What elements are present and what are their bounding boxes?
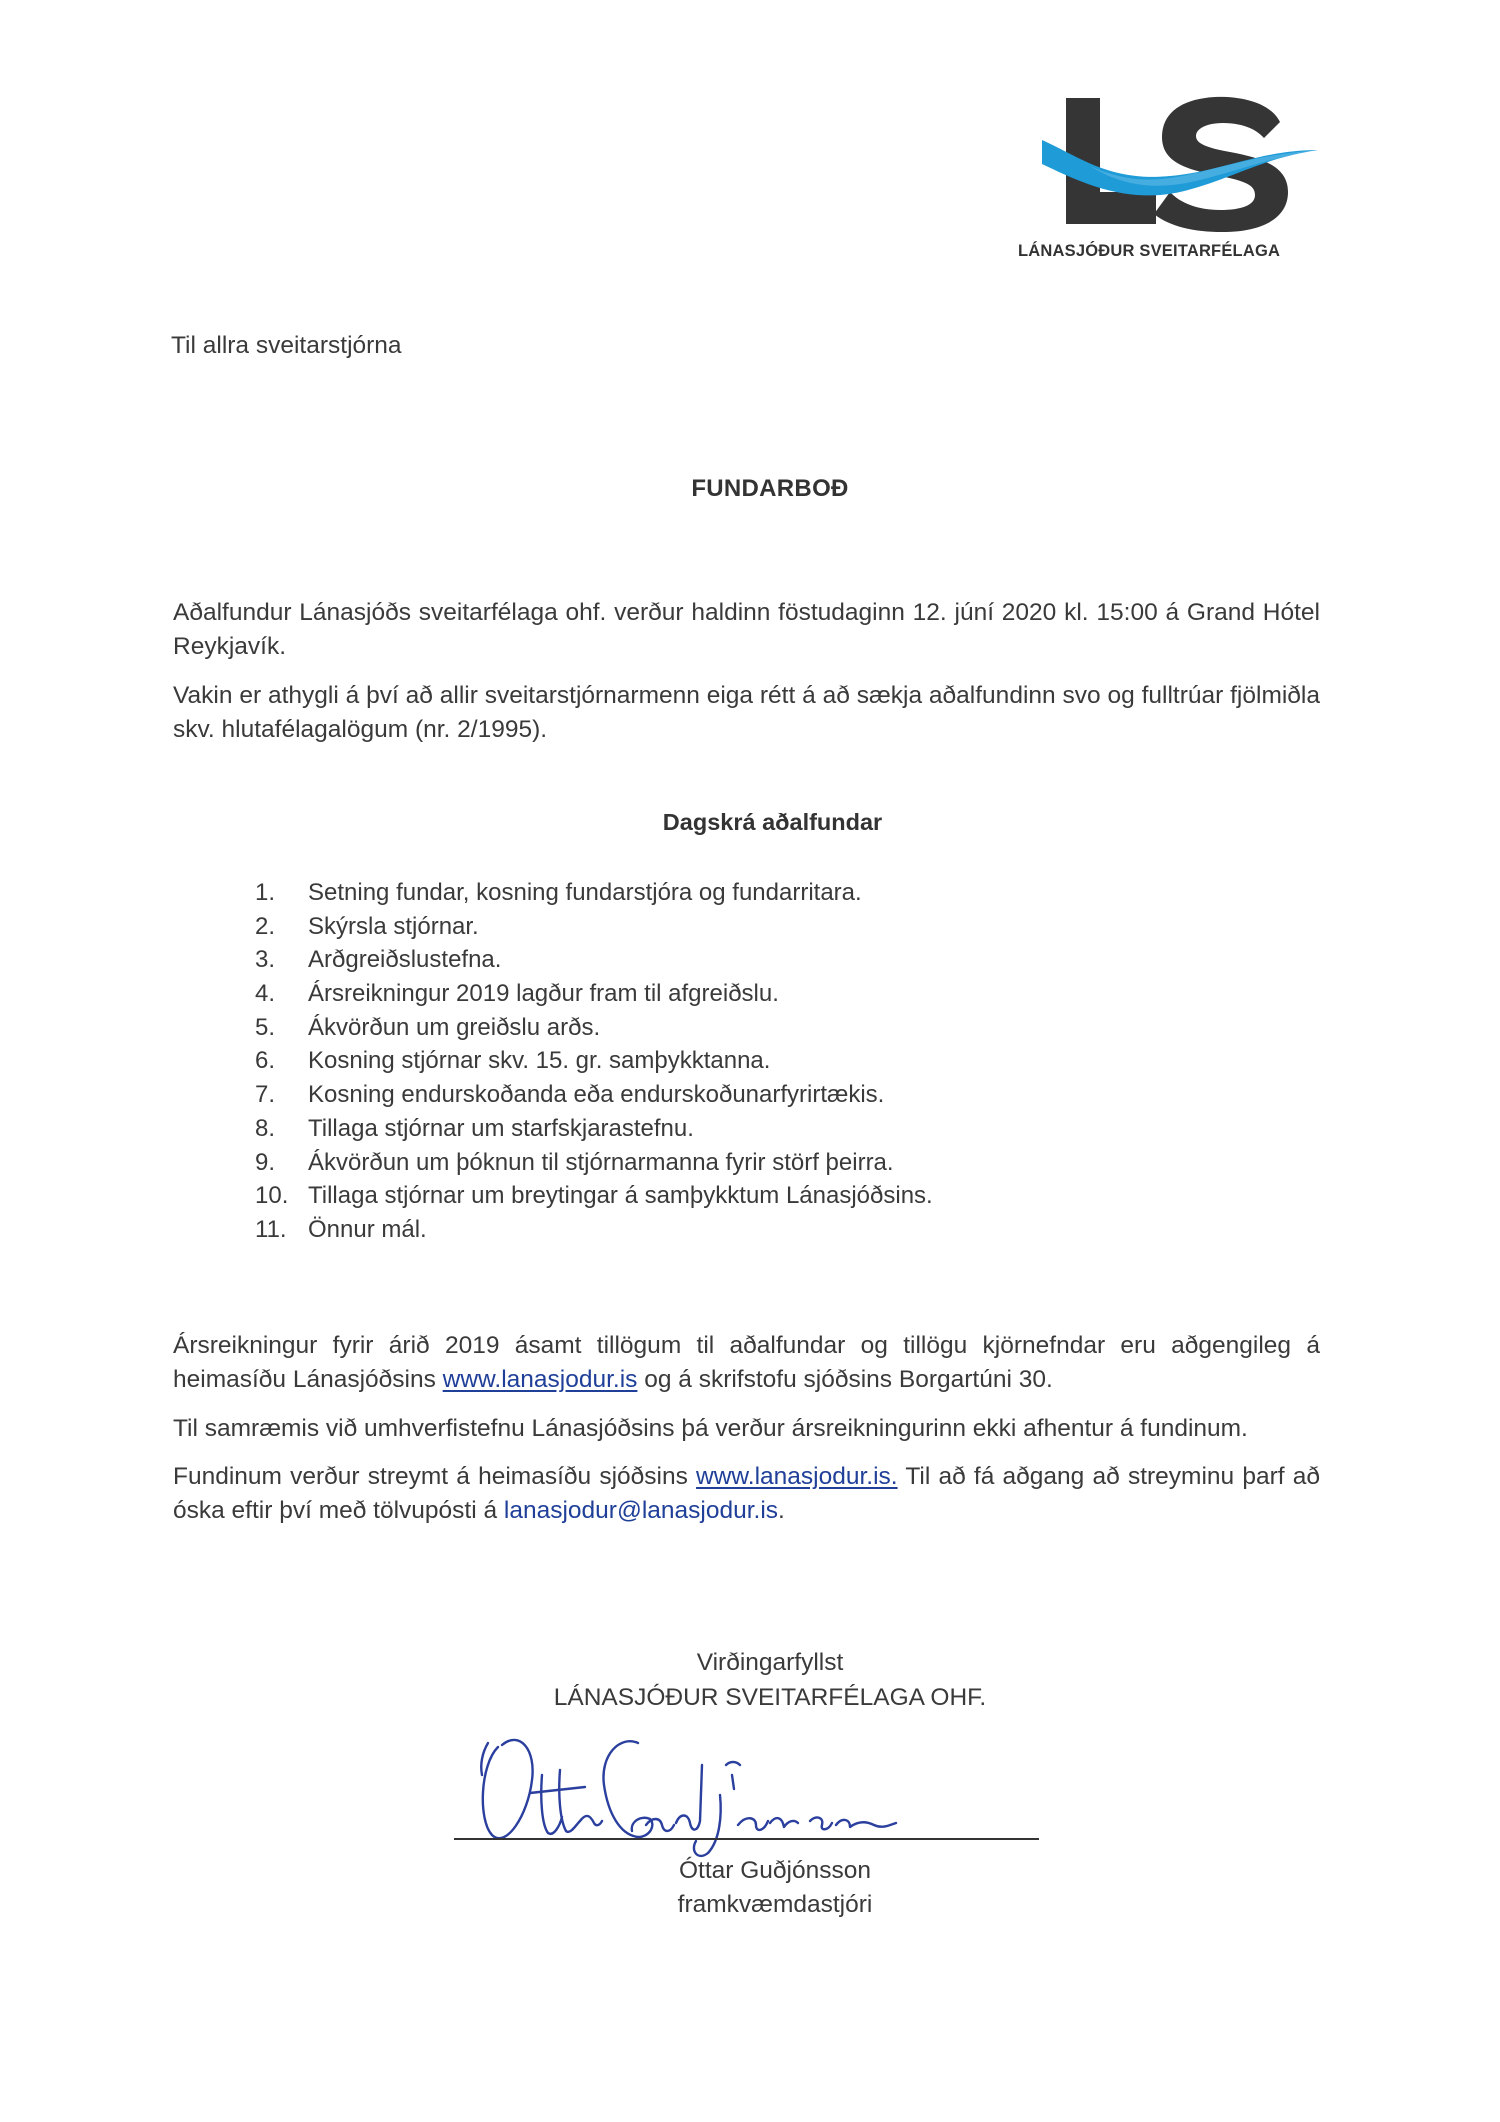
handwritten-signature-icon bbox=[470, 1725, 950, 1865]
agenda-item-number: 6. bbox=[255, 1044, 295, 1078]
agenda-heading: Dagskrá aðalfundar bbox=[0, 809, 1500, 836]
agenda-item-number: 7. bbox=[255, 1078, 295, 1112]
agenda-item-number: 8. bbox=[255, 1112, 295, 1146]
agenda-item-number: 5. bbox=[255, 1011, 295, 1045]
agenda-item-text: Ársreikningur 2019 lagður fram til afgre… bbox=[308, 977, 779, 1011]
agenda-item-text: Önnur mál. bbox=[308, 1213, 427, 1247]
contact-email-link[interactable]: lanasjodur@lanasjodur.is bbox=[504, 1497, 778, 1524]
attendance-rights-paragraph: Vakin er athygli á því að allir sveitars… bbox=[173, 679, 1320, 747]
annual-report-paragraph: Ársreikningur fyrir árið 2019 ásamt till… bbox=[173, 1329, 1320, 1397]
agenda-item-number: 4. bbox=[255, 977, 295, 1011]
company-name: LÁNASJÓÐUR SVEITARFÉLAGA OHF. bbox=[0, 1681, 1500, 1715]
agenda-item-text: Skýrsla stjórnar. bbox=[308, 910, 479, 944]
signer-title: framkvæmdastjóri bbox=[0, 1888, 1500, 1922]
streaming-website-link[interactable]: www.lanasjodur.is. bbox=[696, 1463, 898, 1490]
website-link[interactable]: www.lanasjodur.is bbox=[443, 1366, 638, 1393]
signer-name: Óttar Guðjónsson bbox=[0, 1854, 1500, 1888]
agenda-item-text: Tillaga stjórnar um breytingar á samþykk… bbox=[308, 1179, 933, 1213]
agenda-item-number: 10. bbox=[255, 1179, 295, 1213]
period: . bbox=[778, 1497, 785, 1524]
streaming-paragraph: Fundinum verður streymt á heimasíðu sjóð… bbox=[173, 1460, 1320, 1528]
salutation: Til allra sveitarstjórna bbox=[171, 329, 402, 363]
agenda-item-text: Arðgreiðslustefna. bbox=[308, 943, 501, 977]
document-title: FUNDARBOÐ bbox=[0, 475, 1500, 503]
agenda-item-text: Ákvörðun um greiðslu arðs. bbox=[308, 1011, 600, 1045]
agenda-item-number: 9. bbox=[255, 1146, 295, 1180]
environmental-policy-paragraph: Til samræmis við umhverfistefnu Lánasjóð… bbox=[173, 1412, 1320, 1446]
meeting-announcement-paragraph: Aðalfundur Lánasjóðs sveitarfélaga ohf. … bbox=[173, 596, 1320, 664]
signature-line bbox=[454, 1838, 1039, 1840]
streaming-text: Fundinum verður streymt á heimasíðu sjóð… bbox=[173, 1463, 696, 1490]
agenda-item-number: 11. bbox=[255, 1213, 295, 1247]
agenda-item-number: 3. bbox=[255, 943, 295, 977]
office-address-text: og á skrifstofu sjóðsins Borgartúni 30. bbox=[637, 1366, 1052, 1393]
agenda-item-text: Ákvörðun um þóknun til stjórnarmanna fyr… bbox=[308, 1146, 894, 1180]
agenda-item-number: 1. bbox=[255, 876, 295, 910]
agenda-item-text: Kosning endurskoðanda eða endurskoðunarf… bbox=[308, 1078, 884, 1112]
agenda-item-text: Kosning stjórnar skv. 15. gr. samþykktan… bbox=[308, 1044, 770, 1078]
closing-phrase: Virðingarfyllst bbox=[0, 1646, 1500, 1680]
agenda-item-number: 2. bbox=[255, 910, 295, 944]
agenda-item-text: Setning fundar, kosning fundarstjóra og … bbox=[308, 876, 862, 910]
logo-caption: LÁNASJÓÐUR SVEITARFÉLAGA bbox=[1018, 242, 1318, 261]
agenda-item-text: Tillaga stjórnar um starfskjarastefnu. bbox=[308, 1112, 694, 1146]
